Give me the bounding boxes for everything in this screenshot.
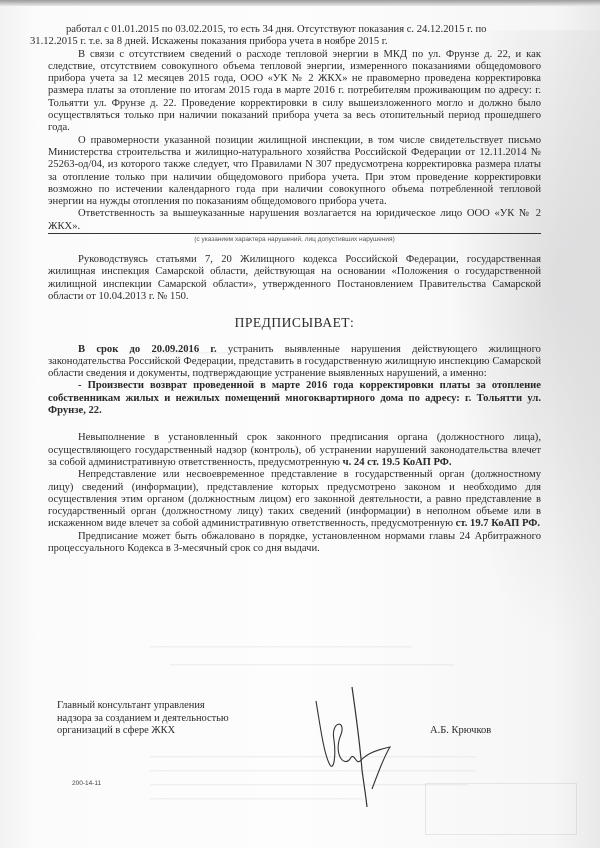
bleed-through-text: ────────────────────────────────────────	[170, 660, 453, 672]
paragraph-legal-basis: Руководствуясь статьями 7, 20 Жилищного …	[48, 254, 541, 303]
handwritten-signature-icon	[300, 685, 410, 815]
paragraph-responsibility: Ответственность за вышеуказанные нарушен…	[48, 208, 541, 233]
paragraph-continuation: работал с 01.01.2015 по 03.02.2015, то е…	[48, 24, 541, 49]
bleed-through-box	[425, 783, 577, 835]
divider-line	[48, 233, 541, 234]
paragraph-required-action: - Произвести возврат проведенной в марте…	[48, 380, 541, 417]
paragraph-deadline: В срок до 20.09.2016 г. устранить выявле…	[48, 344, 541, 381]
deadline-prefix: В срок до	[78, 344, 151, 355]
law-reference: ст. 19.7 КоАП РФ.	[456, 518, 540, 529]
signatory-name: А.Б. Крючков	[430, 725, 491, 736]
signatory-title-line: надзора за созданием и деятельностью	[57, 713, 229, 726]
law-reference: ч. 24 ст. 19.5 КоАП РФ.	[343, 457, 452, 468]
paragraph-mkd-info: В связи с отсутствием сведений о расходе…	[48, 49, 541, 135]
field-caption: (с указанием характера нарушений, лиц до…	[48, 235, 541, 244]
reference-number: 200-14-11	[72, 780, 101, 787]
document-body: работал с 01.01.2015 по 03.02.2015, то е…	[48, 12, 541, 555]
deadline-date: 20.09.2016 г.	[151, 344, 216, 355]
text-line: 31.12.2015 г. т.е. за 8 дней. Искажены п…	[30, 36, 388, 47]
paragraph-ministry-letter: О правомерности указанной позиции жилищн…	[48, 135, 541, 209]
bleed-through-text: ─────────────────────────────────────	[150, 642, 412, 654]
signatory-title-line: организаций в сфере ЖКХ	[57, 725, 229, 738]
document-page: ──────────── ───────────────────────────…	[0, 0, 600, 848]
required-action-text: - Произвести возврат проведенной в марте…	[48, 380, 541, 416]
signatory-title-line: Главный консультант управления	[57, 700, 229, 713]
liability-text: Невыполнение в установленный срок законн…	[48, 432, 541, 468]
paragraph-liability-19-7: Непредставление или несвоевременное пред…	[48, 469, 541, 530]
text-line: работал с 01.01.2015 по 03.02.2015, то е…	[66, 24, 486, 35]
order-heading: ПРЕДПИСЫВАЕТ:	[48, 317, 541, 329]
paragraph-appeal: Предписание может быть обжаловано в поря…	[48, 531, 541, 556]
signatory-title: Главный консультант управления надзора з…	[57, 700, 229, 738]
paragraph-liability-19-5: Невыполнение в установленный срок законн…	[48, 432, 541, 469]
